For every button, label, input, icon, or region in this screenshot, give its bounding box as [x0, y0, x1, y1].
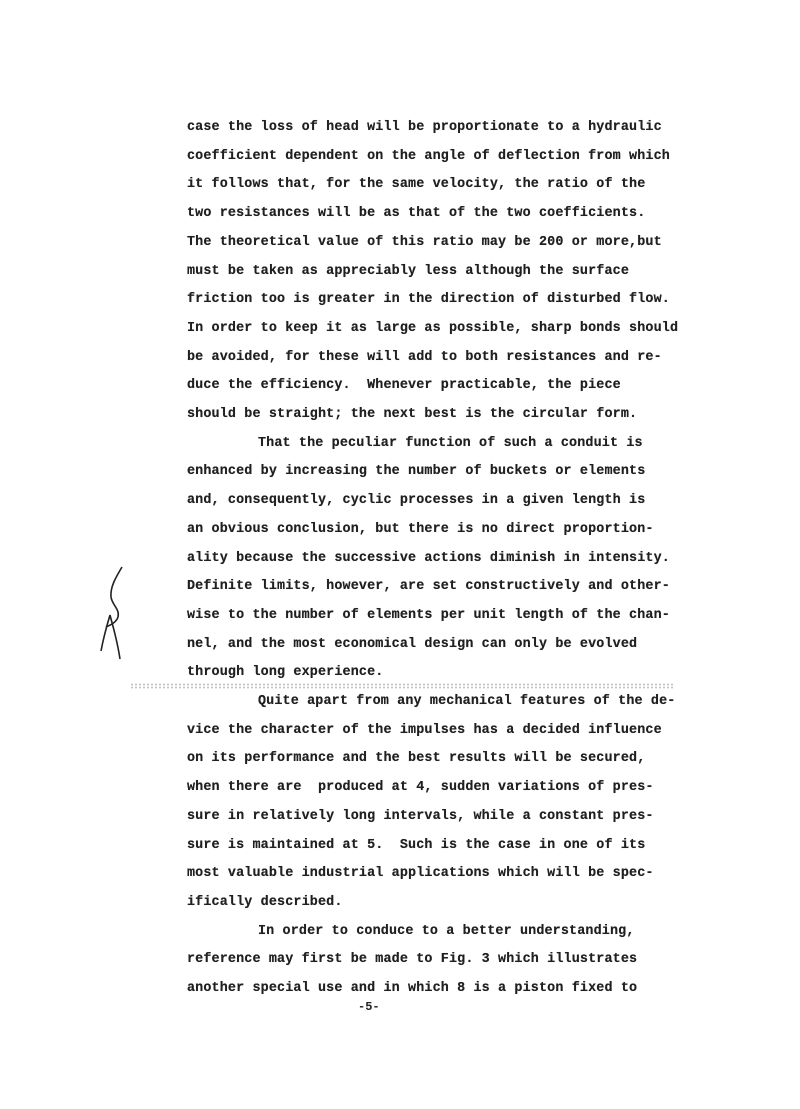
- text-line: nel, and the most economical design can …: [187, 637, 637, 653]
- handwritten-margin-mark-icon: [98, 565, 138, 660]
- scan-noise-band: [130, 683, 675, 689]
- text-line: an obvious conclusion, but there is no d…: [187, 522, 654, 538]
- text-line: should be straight; the next best is the…: [187, 407, 637, 423]
- text-line: ality because the successive actions dim…: [187, 551, 670, 567]
- text-line: That the peculiar function of such a con…: [258, 436, 643, 452]
- text-line: case the loss of head will be proportion…: [187, 120, 662, 136]
- page-number: -5-: [358, 1000, 380, 1014]
- text-line: through long experience.: [187, 665, 383, 681]
- text-line: vice the character of the impulses has a…: [187, 723, 662, 739]
- text-line: enhanced by increasing the number of buc…: [187, 464, 645, 480]
- text-line: sure is maintained at 5. Such is the cas…: [187, 838, 645, 854]
- text-line: on its performance and the best results …: [187, 751, 645, 767]
- text-line: another special use and in which 8 is a …: [187, 981, 637, 997]
- text-line: In order to keep it as large as possible…: [187, 321, 678, 337]
- text-line: and, consequently, cyclic processes in a…: [187, 493, 645, 509]
- text-line: must be taken as appreciably less althou…: [187, 264, 629, 280]
- text-line: duce the efficiency. Whenever practicabl…: [187, 378, 621, 394]
- text-line: when there are produced at 4, sudden var…: [187, 780, 654, 796]
- text-line: The theoretical value of this ratio may …: [187, 235, 662, 251]
- text-line: Quite apart from any mechanical features…: [258, 694, 675, 710]
- text-line: Definite limits, however, are set constr…: [187, 579, 670, 595]
- text-line: reference may first be made to Fig. 3 wh…: [187, 952, 637, 968]
- text-line: two resistances will be as that of the t…: [187, 206, 645, 222]
- text-line: friction too is greater in the direction…: [187, 292, 670, 308]
- text-line: sure in relatively long intervals, while…: [187, 809, 654, 825]
- text-line: most valuable industrial applications wh…: [187, 866, 654, 882]
- text-line: be avoided, for these will add to both r…: [187, 350, 662, 366]
- text-line: coefficient dependent on the angle of de…: [187, 149, 670, 165]
- text-line: ifically described.: [187, 895, 343, 911]
- text-line: In order to conduce to a better understa…: [258, 924, 635, 940]
- text-line: wise to the number of elements per unit …: [187, 608, 670, 624]
- text-line: it follows that, for the same velocity, …: [187, 177, 645, 193]
